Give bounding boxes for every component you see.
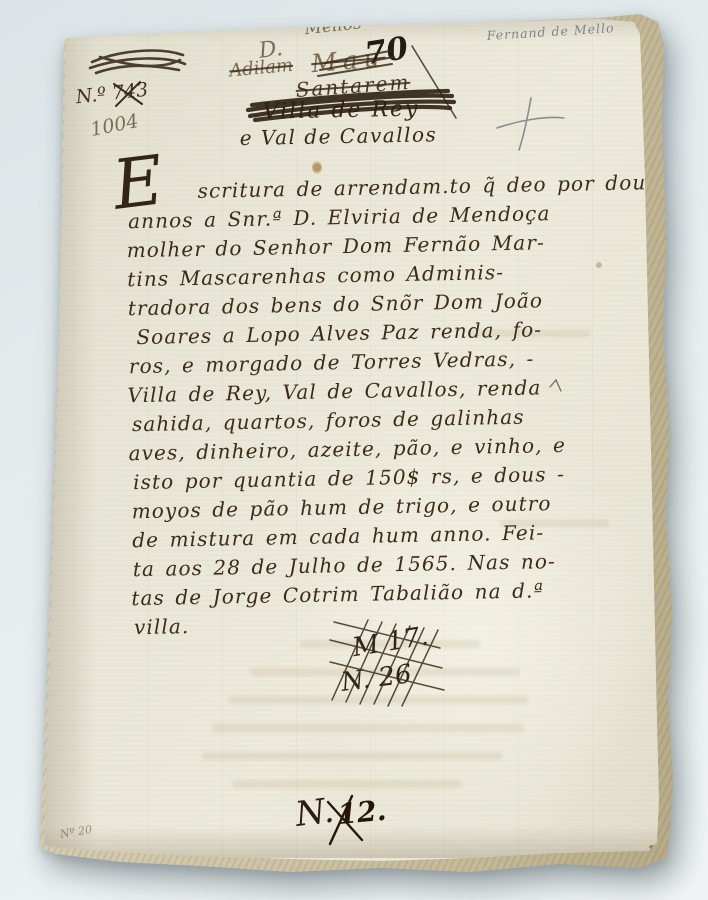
body-line: tradora dos bens do Snõr Dom João <box>128 288 544 320</box>
body-line: scritura de arrendam.to q̃ deo por dous <box>197 170 658 203</box>
body-line: villa. <box>134 614 190 639</box>
body-line: moyos de pão hum de trigo, e outro <box>131 491 551 523</box>
crossed-word-adilam: Adilam <box>228 55 293 82</box>
title-line-2: e Val de Cavallos <box>218 122 458 151</box>
body-line: ta aos 28 de Julho de 1565. Nas no- <box>133 549 557 581</box>
body-line: Soares a Lopo Alves Paz renda, fo- <box>136 317 542 349</box>
body-line: ros, e morgado de Torres Vedras, - <box>129 346 535 378</box>
hatched-number-1: M 17. <box>350 621 430 663</box>
hatched-number-2: N. 26 <box>339 659 413 698</box>
body-line: isto por quantia de 150$ rs, e dous - <box>133 462 565 494</box>
body-line: sahida, quartos, foros de galinhas <box>132 405 525 437</box>
manuscript-photograph: Mellos Fernand de Mello D. Adilam Mau 70… <box>0 0 708 900</box>
body-line: Villa de Rey, Val de Cavallos, renda <box>127 375 541 407</box>
archive-number-2: 1004 <box>89 110 141 141</box>
body-line: de mistura em cada hum anno. Fei- <box>132 520 544 552</box>
bottom-number-prefix: N. <box>293 791 336 835</box>
body-line: aves, dinheiro, azeite, pão, e vinho, e <box>128 433 566 465</box>
body-line: tins Mascarenhas como Adminis- <box>127 260 504 291</box>
body-paragraph: scritura de arrendam.to q̃ deo por dous … <box>123 171 603 180</box>
pencil-owner-note: Fernand de Mello <box>486 20 615 43</box>
manuscript-content: Mellos Fernand de Mello D. Adilam Mau 70… <box>0 0 708 900</box>
archive-number: N.º 743 <box>75 79 150 109</box>
title-line-1: Villa de Rey <box>226 96 456 125</box>
body-line: tas de Jorge Cotrim Tabalião na d.ª <box>131 578 544 610</box>
corner-faint-number: Nº 20 <box>59 823 93 841</box>
body-line: annos a Snr.ª D. Elviria de Mendoça <box>128 201 551 233</box>
bottom-number-value: 12. <box>336 794 387 831</box>
manuscript-sheet: Mellos Fernand de Mello D. Adilam Mau 70… <box>0 0 708 900</box>
bold-number-70: 70 <box>362 30 410 72</box>
body-line: molher do Senhor Dom Fernão Mar- <box>126 230 545 262</box>
